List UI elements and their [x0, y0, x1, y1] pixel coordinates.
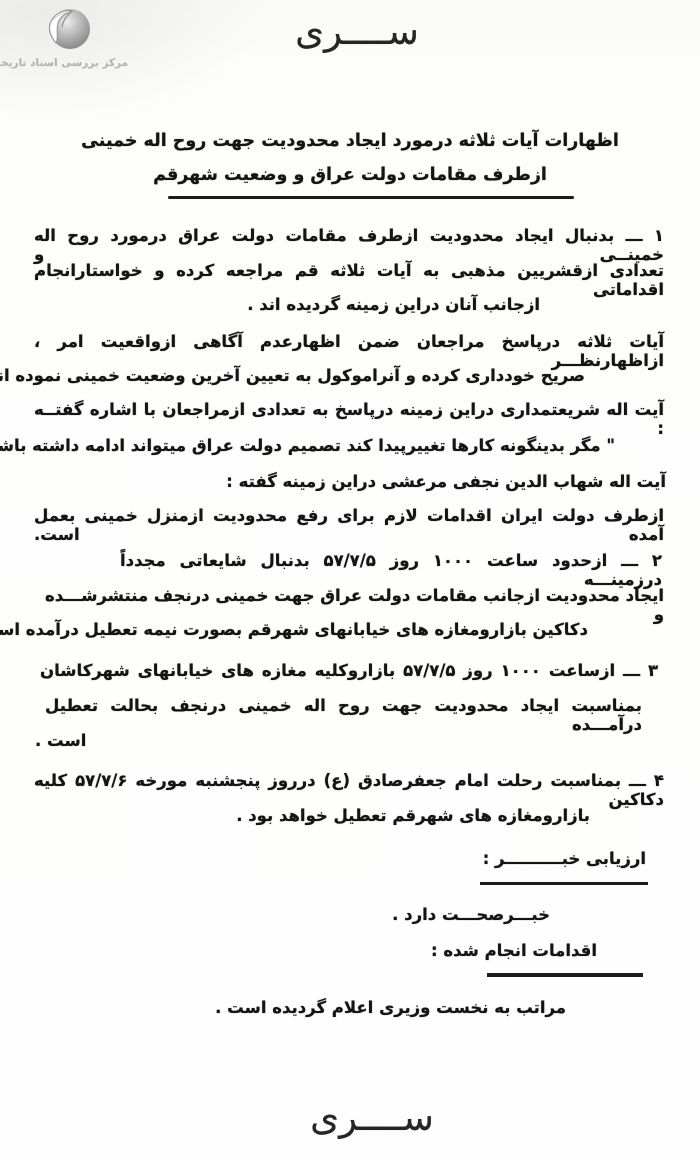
document-line: ایجاد محدودیت ازجانب مقامات دولت عراق جه…: [45, 586, 664, 624]
document-quote-line: " مگر بدینگونه کارها تغییرپیدا کند تصمیم…: [0, 436, 615, 455]
document-line: ازجانب آنان دراین زمینه گردیده اند .: [247, 295, 540, 314]
scanned-document-page: مرکز بررسی اسناد تاریخی ســــری اظهارات …: [0, 0, 700, 1160]
archive-watermark: مرکز بررسی اسناد تاریخی: [8, 6, 128, 69]
classification-stamp-bottom: ســــری: [292, 1096, 452, 1139]
document-title-line1: اظهارات آیات ثلاثه درمورد ایجاد محدودیت …: [40, 131, 660, 151]
document-line: ۳ ـــ ازساعت ۱۰۰۰ روز ۵۷/۷/۵ بازاروکلیه …: [40, 661, 658, 680]
document-line: ۲ ـــ ازحدود ساعت ۱۰۰۰ روز ۵۷/۷/۵ بدنبال…: [120, 551, 662, 589]
evaluation-result: خبـــرصحـــت دارد .: [392, 905, 550, 924]
document-line: تعدادی ازقشریین مذهبی به آیات ثلاثه قم م…: [34, 261, 664, 299]
watermark-caption: مرکز بررسی اسناد تاریخی: [8, 57, 128, 69]
evaluation-heading: ارزیابی خبــــــــــر :: [483, 849, 646, 868]
classification-stamp-top: ســــری: [282, 10, 432, 53]
document-line: صریح خودداری کرده و آنراموکول به تعیین آ…: [0, 366, 585, 385]
document-line: آیت اله شریعتمداری دراین زمینه درپاسخ به…: [34, 400, 664, 438]
document-line: ۴ ـــ بمناسبت رحلت امام جعفرصادق (ع) درر…: [34, 771, 664, 809]
document-line: بازارومغازه های شهرقم تعطیل خواهد بود .: [236, 806, 590, 825]
document-line: ازطرف دولت ایران اقدامات لازم برای رفع م…: [34, 506, 664, 544]
evaluation-underline: [480, 882, 648, 885]
book-globe-icon: [41, 37, 95, 56]
document-line: ۱ ـــ بدنبال ایجاد محدودیت ازطرف مقامات …: [34, 226, 664, 264]
document-line: است .: [35, 731, 86, 750]
document-line: دکاکین بازارومغازه های خیابانهای شهرقم ب…: [0, 620, 588, 639]
title-underline: [168, 196, 574, 199]
document-line: بمناسبت ایجاد محدودیت جهت روح اله خمینی …: [45, 696, 642, 734]
actions-taken-result: مراتب به نخست وزیری اعلام گردیده است .: [215, 998, 566, 1017]
document-line: آیت اله شهاب الدین نجفی مرعشی دراین زمین…: [226, 472, 666, 491]
document-title-line2: ازطرف مقامات دولت عراق و وضعیت شهرقم: [40, 165, 660, 185]
actions-underline: [487, 973, 643, 977]
actions-taken-heading: اقدامات انجام شده :: [431, 941, 597, 960]
document-line: آیات ثلاثه درپاسخ مراجعان ضمن اظهارعدم آ…: [34, 332, 664, 370]
